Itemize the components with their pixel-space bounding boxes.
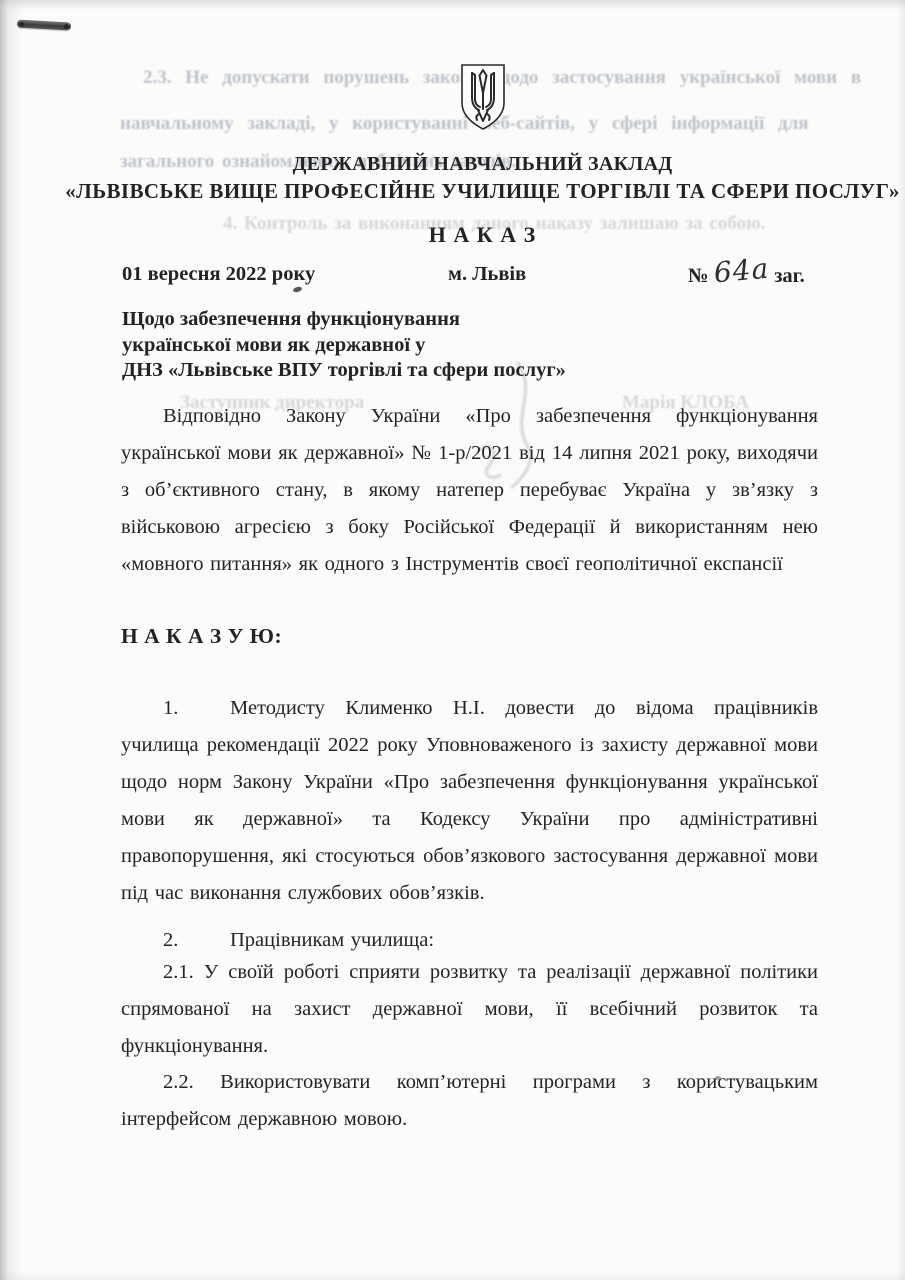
scanned-order-document: { "icons": { "emblem": "ukraine-trident-… <box>0 0 905 1280</box>
subject-line: Щодо забезпечення функціонування <box>122 307 566 333</box>
subject-line: української мови як державної у <box>122 333 566 359</box>
order-item-2-1: 2.1. У своїй роботі сприяти розвитку та … <box>121 954 818 1065</box>
subject-line: ДНЗ «Львівське ВПУ торгівлі та сфери пос… <box>122 358 566 384</box>
preamble-paragraph: Відповідно Закону України «Про забезпече… <box>121 398 818 583</box>
document-type-title: Н А К А З <box>65 222 900 248</box>
order-heading: Н А К А З У Ю: <box>121 624 282 649</box>
order-item-1: 1.Методисту Клименко Н.І. довести до від… <box>121 690 818 912</box>
item-text: Методисту Клименко Н.І. довести до відом… <box>121 697 818 904</box>
org-name-line2: «ЛЬВІВСЬКЕ ВИЩЕ ПРОФЕСІЙНЕ УЧИЛИЩЕ ТОРГІ… <box>65 179 900 204</box>
order-city: м. Львів <box>448 263 526 286</box>
order-number-handwritten: 64а <box>713 259 770 284</box>
item-number: 1. <box>163 690 230 727</box>
order-subject: Щодо забезпечення функціонування українс… <box>122 307 566 384</box>
item-text: Працівникам училища: <box>230 929 434 951</box>
ukraine-trident-icon <box>460 63 506 131</box>
order-number-suffix: заг. <box>774 265 805 287</box>
order-number-prefix: № <box>688 265 709 287</box>
staple-icon <box>17 20 71 31</box>
scan-speck <box>293 286 303 293</box>
scan-speck <box>715 1076 721 1080</box>
order-item-2-2: 2.2. Використовувати комп’ютерні програм… <box>121 1064 818 1138</box>
org-name-line1: ДЕРЖАВНИЙ НАВЧАЛЬНИЙ ЗАКЛАД <box>65 153 900 176</box>
order-date: 01 вересня 2022 року <box>122 263 315 286</box>
order-number: № 64а заг. <box>688 263 805 288</box>
